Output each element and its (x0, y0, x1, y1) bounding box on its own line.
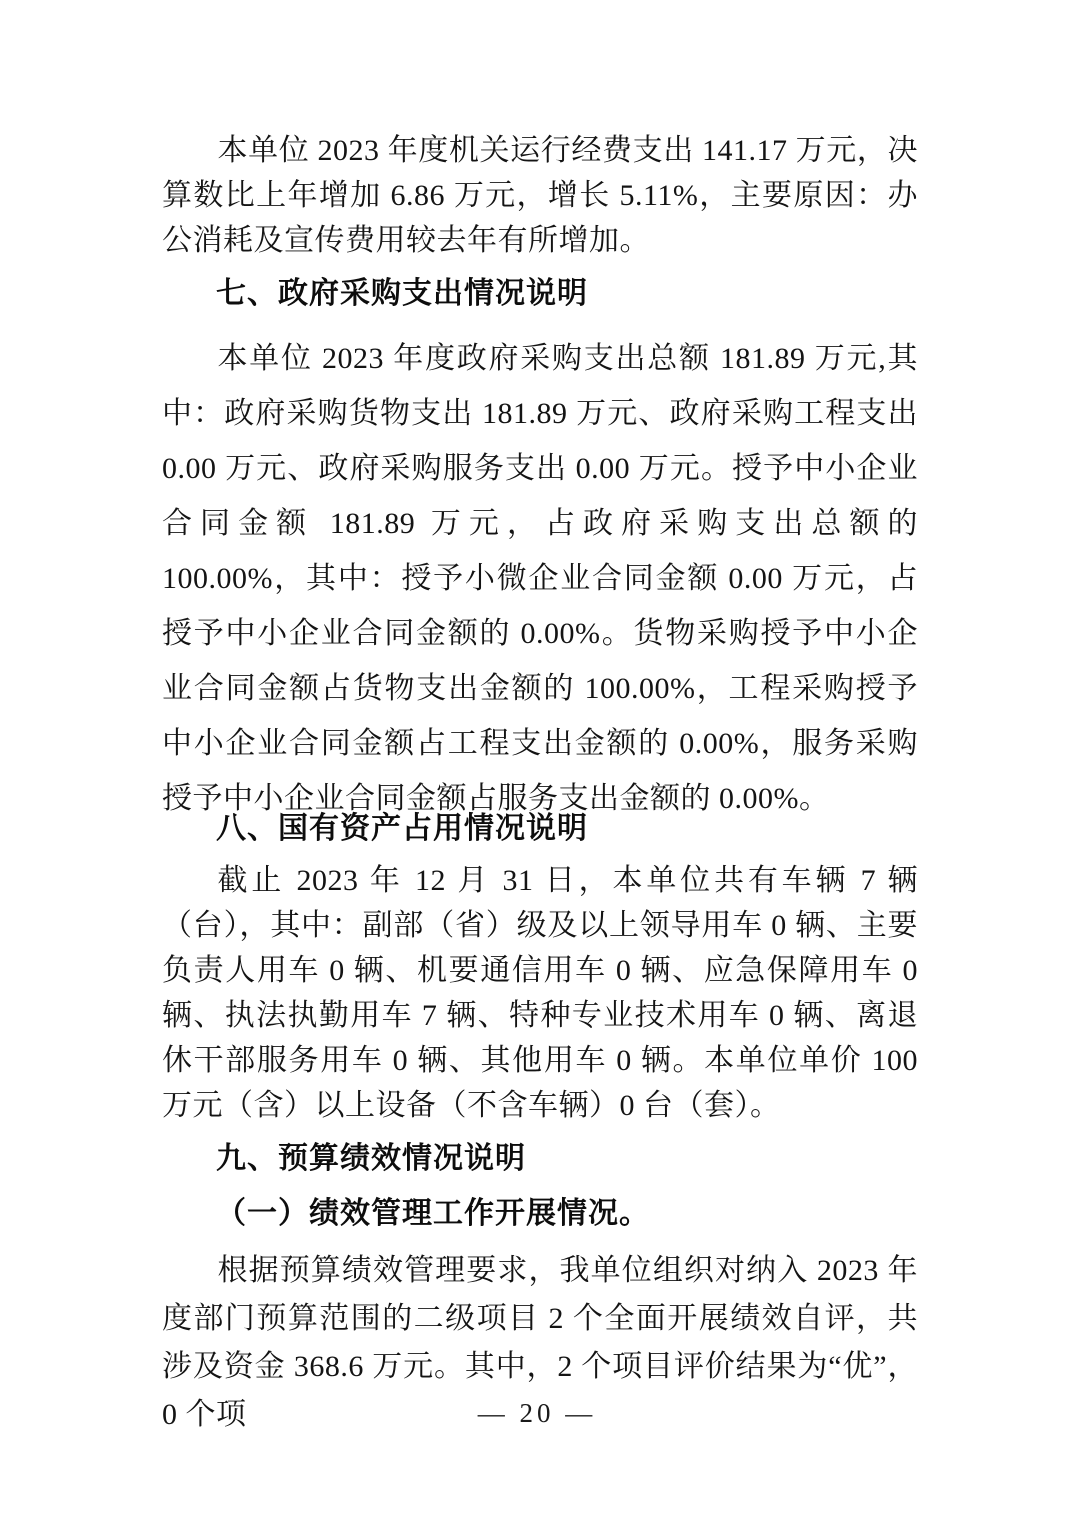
section-9-sub1-heading: （一）绩效管理工作开展情况。 (162, 1194, 918, 1234)
paragraph-government-procurement: 本单位 2023 年度政府采购支出总额 181.89 万元,其中：政府采购货物支… (162, 331, 918, 826)
paragraph-state-assets: 截止 2023 年 12 月 31 日，本单位共有车辆 7 辆（台），其中：副部… (162, 858, 918, 1128)
section-9-heading: 九、预算绩效情况说明 (162, 1140, 918, 1178)
section-7-heading: 七、政府采购支出情况说明 (162, 275, 918, 313)
page-number: — 20 — (0, 1398, 1074, 1429)
section-8-heading: 八、国有资产占用情况说明 (162, 810, 918, 848)
paragraph-operating-expenses: 本单位 2023 年度机关运行经费支出 141.17 万元，决算数比上年增加 6… (162, 128, 918, 263)
document-page: 本单位 2023 年度机关运行经费支出 141.17 万元，决算数比上年增加 6… (0, 0, 1074, 1520)
